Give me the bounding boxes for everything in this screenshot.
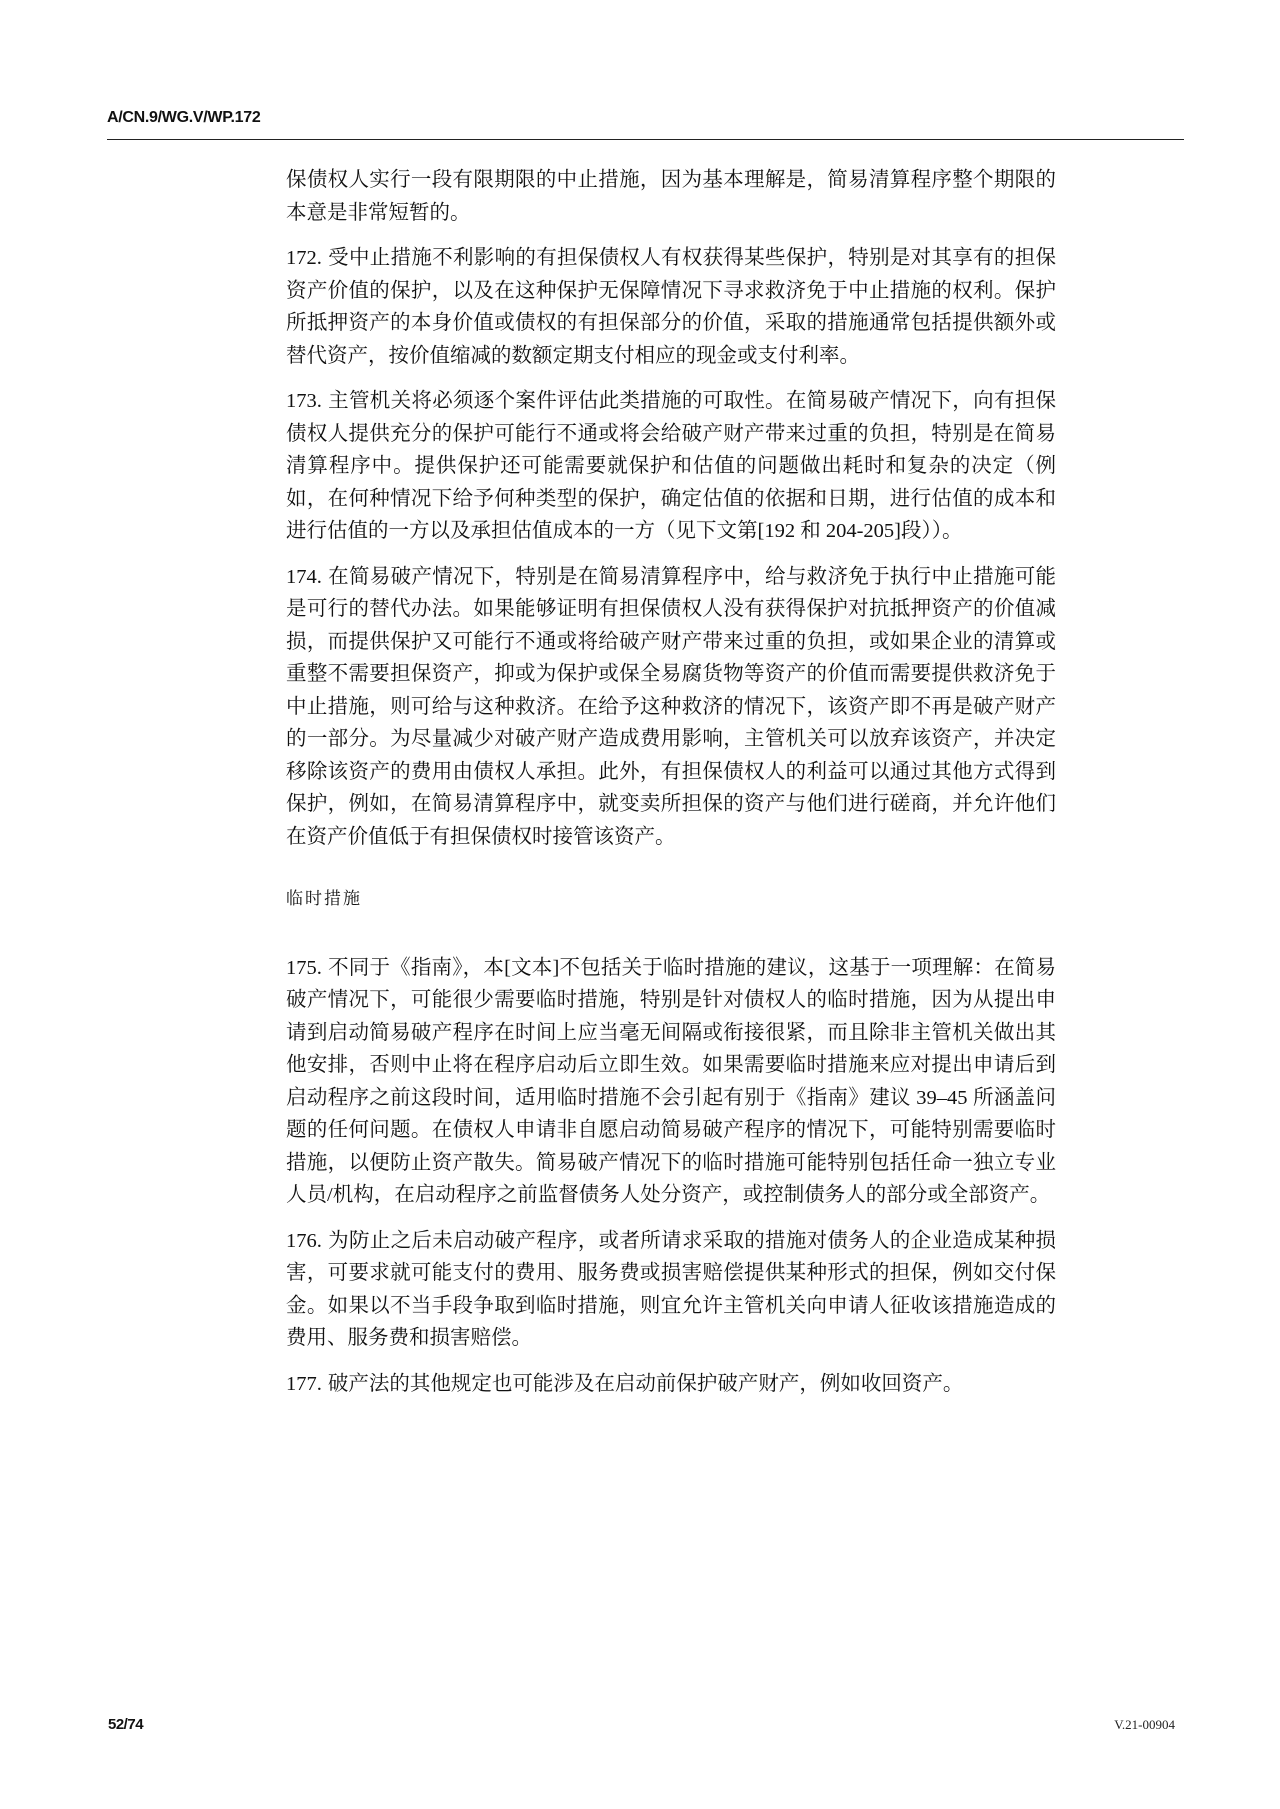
paragraph-text: 在简易破产情况下，特别是在简易清算程序中，给与救济免于执行中止措施可能是可行的替… [286,566,1056,848]
paragraph-continued: 保债权人实行一段有限期限的中止措施，因为基本理解是，简易清算程序整个期限的本意是… [286,164,1056,229]
paragraph-text: 破产法的其他规定也可能涉及在启动前保护破产财产，例如收回资产。 [328,1373,964,1395]
paragraph-number: 175. [286,957,322,979]
paragraph-177: 177.破产法的其他规定也可能涉及在启动前保护破产财产，例如收回资产。 [286,1368,1056,1401]
paragraph-175: 175.不同于《指南》，本[文本]不包括关于临时措施的建议，这基于一项理解：在简… [286,952,1056,1212]
paragraph-text: 为防止之后未启动破产程序，或者所请求采取的措施对债务人的企业造成某种损害，可要求… [286,1230,1056,1350]
paragraph-number: 172. [286,247,322,269]
document-body: 保债权人实行一段有限期限的中止措施，因为基本理解是，简易清算程序整个期限的本意是… [286,164,1056,1413]
paragraph-172: 172.受中止措施不利影响的有担保债权人有权获得某些保护，特别是对其享有的担保资… [286,242,1056,372]
job-number: V.21-00904 [1114,1717,1175,1733]
paragraph-text: 受中止措施不利影响的有担保债权人有权获得某些保护，特别是对其享有的担保资产价值的… [286,247,1056,367]
header-divider [107,139,1184,140]
paragraph-173: 173.主管机关将必须逐个案件评估此类措施的可取性。在简易破产情况下，向有担保债… [286,385,1056,548]
paragraph-number: 176. [286,1230,322,1252]
paragraph-number: 173. [286,390,322,412]
paragraph-text: 不同于《指南》，本[文本]不包括关于临时措施的建议，这基于一项理解：在简易破产情… [286,957,1056,1207]
paragraph-text: 保债权人实行一段有限期限的中止措施，因为基本理解是，简易清算程序整个期限的本意是… [286,169,1056,224]
section-heading: 临时措施 [286,883,1056,916]
paragraph-number: 174. [286,566,322,588]
paragraph-number: 177. [286,1373,322,1395]
paragraph-174: 174.在简易破产情况下，特别是在简易清算程序中，给与救济免于执行中止措施可能是… [286,561,1056,854]
paragraph-176: 176.为防止之后未启动破产程序，或者所请求采取的措施对债务人的企业造成某种损害… [286,1225,1056,1355]
document-symbol: A/CN.9/WG.V/WP.172 [107,109,260,127]
paragraph-text: 主管机关将必须逐个案件评估此类措施的可取性。在简易破产情况下，向有担保债权人提供… [286,390,1056,542]
page-number: 52/74 [108,1716,143,1733]
